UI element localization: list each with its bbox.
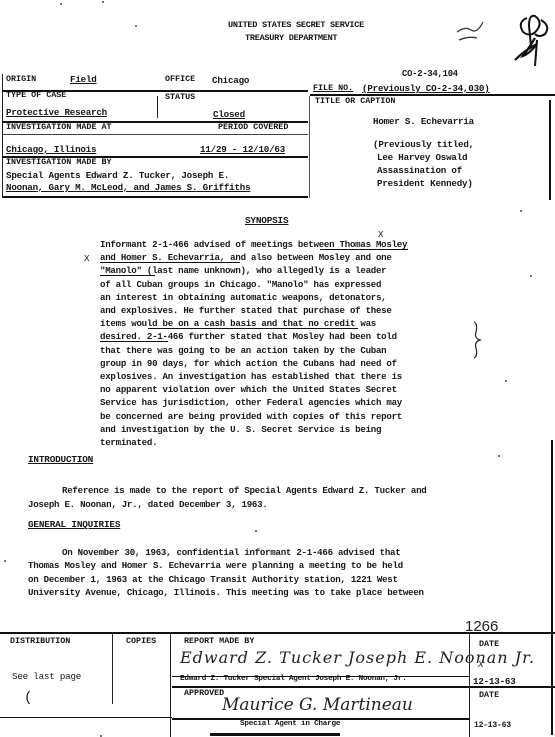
synopsis-line: group in 90 days, for which action the C… — [100, 357, 407, 370]
title-label: TITLE OR CAPTION — [315, 97, 395, 105]
synopsis-line: and investigation by the U. S. Secret Se… — [100, 423, 407, 436]
synopsis-line: of all Cuban groups in Chicago. "Manolo"… — [100, 278, 407, 291]
title-note-line-3: Assassination of — [377, 166, 462, 175]
status-value: Closed — [213, 110, 245, 119]
file-no-value: (Previously CO-2-34,030) — [362, 84, 490, 93]
synopsis-heading: SYNOPSIS — [245, 216, 288, 225]
copies-label: COPIES — [126, 637, 156, 645]
synopsis-line: terminated. — [100, 436, 407, 449]
file-reference-number: CO-2-34,104 — [402, 70, 458, 79]
type-of-case-value: Protective Research — [6, 108, 107, 117]
synopsis-line: be concerned are being provided with cop… — [100, 410, 407, 423]
distribution-mark: ( — [24, 691, 32, 705]
general-inquiries-line: University Avenue, Chicago, Illinois. Th… — [28, 586, 424, 599]
general-inquiries-line: Thomas Mosley and Homer S. Echevarria we… — [28, 559, 424, 572]
type-of-case-label: TYPE OF CASE — [6, 91, 66, 99]
office-value: Chicago — [212, 76, 249, 85]
document-page: UNITED STATES SECRET SERVICE TREASURY DE… — [0, 0, 555, 737]
synopsis-line: and explosives. He further stated that p… — [100, 304, 407, 317]
investigation-by-label: INVESTIGATION MADE BY — [6, 158, 112, 166]
period-covered-label: PERIOD COVERED — [218, 123, 288, 131]
synopsis-line: an interest in obtaining automatic weapo… — [100, 291, 407, 304]
report-made-by-label: REPORT MADE BY — [184, 637, 254, 645]
status-label: STATUS — [165, 93, 195, 101]
general-inquiries-line: on December 1, 1963 at the Chicago Trans… — [28, 573, 424, 586]
title-value: Homer S. Echevarria — [373, 117, 474, 126]
distribution-value: See last page — [12, 672, 81, 681]
approved-date-label: DATE — [479, 691, 499, 699]
title-note-line-1: (Previously titled, — [373, 140, 474, 149]
synopsis-line: explosives. An investigation has establi… — [100, 370, 407, 383]
general-inquiries-heading: GENERAL INQUIRIES — [28, 520, 120, 529]
approved-label: APPROVED — [184, 689, 224, 697]
date-mark: X — [478, 660, 483, 669]
left-border — [2, 74, 3, 198]
synopsis-line: no apparent violation over which the Uni… — [100, 383, 407, 396]
office-label: OFFICE — [165, 75, 195, 83]
agency-name: UNITED STATES SECRET SERVICE — [228, 21, 364, 30]
period-covered-value: 11/29 - 12/10/63 — [200, 145, 285, 154]
investigation-at-label: INVESTIGATION MADE AT — [6, 123, 112, 131]
general-inquiries-line: On November 30, 1963, confidential infor… — [28, 546, 424, 559]
investigation-by-line-1: Special Agents Edward Z. Tucker, Joseph … — [6, 171, 229, 180]
typed-agent-names: Edward Z. Tucker Special Agent Joseph E.… — [180, 676, 407, 684]
report-date: 12-13-63 — [473, 677, 516, 686]
approving-signature: Maurice G. Martineau — [222, 695, 413, 715]
distribution-label: DISTRIBUTION — [10, 637, 70, 645]
investigation-by-line-2: Noonan, Gary M. McLeod, and James S. Gri… — [6, 183, 250, 192]
introduction-heading: INTRODUCTION — [28, 455, 93, 464]
investigation-at-value: Chicago, Illinois — [6, 145, 96, 154]
synopsis-line: Service has jurisdiction, other Federal … — [100, 396, 407, 409]
approved-title: Special Agent in Charge — [240, 721, 340, 729]
title-note-line-4: President Kennedy) — [377, 179, 473, 188]
origin-label: ORIGIN — [6, 75, 36, 83]
margin-mark-x: X — [84, 254, 89, 263]
introduction-line: Joseph E. Noonan, Jr., dated December 3,… — [28, 498, 427, 512]
approved-date: 12-13-63 — [474, 722, 511, 730]
handwritten-initials-icon — [455, 10, 555, 70]
title-note-line-2: Lee Harvey Oswald — [377, 153, 467, 162]
general-inquiries-text: On November 30, 1963, confidential infor… — [28, 546, 424, 599]
synopsis-line: that there was going to be an action tak… — [100, 344, 407, 357]
synopsis-text: Informant 2-1-466 advised of meetings be… — [100, 238, 407, 449]
margin-bracket-icon — [470, 320, 482, 360]
file-no-label: FILE NO. — [313, 84, 353, 92]
introduction-text: Reference is made to the report of Speci… — [28, 484, 427, 511]
introduction-line: Reference is made to the report of Speci… — [28, 484, 427, 498]
origin-value: Field — [70, 75, 97, 84]
department-name: TREASURY DEPARTMENT — [245, 34, 337, 43]
